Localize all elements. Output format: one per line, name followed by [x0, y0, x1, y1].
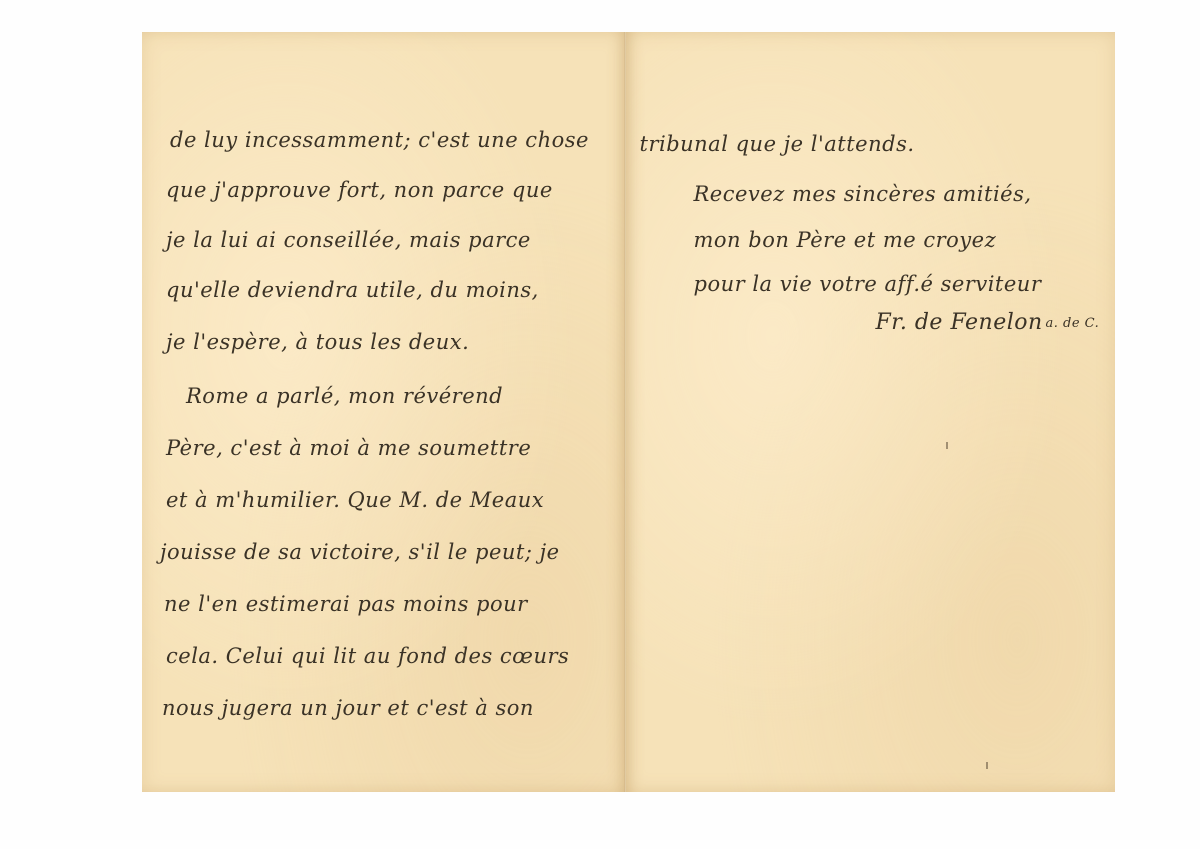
paper-speck — [986, 762, 988, 769]
signature-suffix: a. de C. — [1046, 316, 1100, 331]
left-line-6: Rome a parlé, mon révérend — [186, 384, 503, 408]
right-line-2: Recevez mes sincères amitiés, — [694, 182, 1032, 206]
left-line-10: ne l'en estimerai pas moins pour — [164, 592, 528, 616]
left-line-1: de luy incessamment; c'est une chose — [170, 128, 589, 152]
left-line-8: et à m'humilier. Que M. de Meaux — [166, 488, 544, 512]
left-line-3: je la lui ai conseillée, mais parce — [166, 228, 531, 252]
left-line-5: je l'espère, à tous les deux. — [166, 330, 469, 354]
left-line-4: qu'elle deviendra utile, du moins, — [166, 278, 539, 302]
right-page: tribunal que je l'attends. Recevez mes s… — [626, 32, 1116, 792]
right-line-3: mon bon Père et me croyez — [694, 228, 997, 252]
left-page: de luy incessamment; c'est une chose que… — [142, 32, 626, 792]
right-line-4: pour la vie votre aff.é serviteur — [694, 272, 1042, 296]
signature: Fr. de Fenelon — [876, 310, 1043, 335]
left-line-9: jouisse de sa victoire, s'il le peut; je — [160, 540, 560, 564]
left-line-7: Père, c'est à moi à me soumettre — [166, 436, 531, 460]
left-line-12: nous jugera un jour et c'est à son — [162, 696, 534, 720]
right-line-1: tribunal que je l'attends. — [640, 132, 915, 156]
left-line-11: cela. Celui qui lit au fond des cœurs — [166, 644, 569, 668]
letter-spread: de luy incessamment; c'est une chose que… — [142, 32, 1115, 792]
left-line-2: que j'approuve fort, non parce que — [166, 178, 553, 202]
paper-speck — [946, 442, 948, 449]
scanned-document: de luy incessamment; c'est une chose que… — [0, 0, 1200, 849]
